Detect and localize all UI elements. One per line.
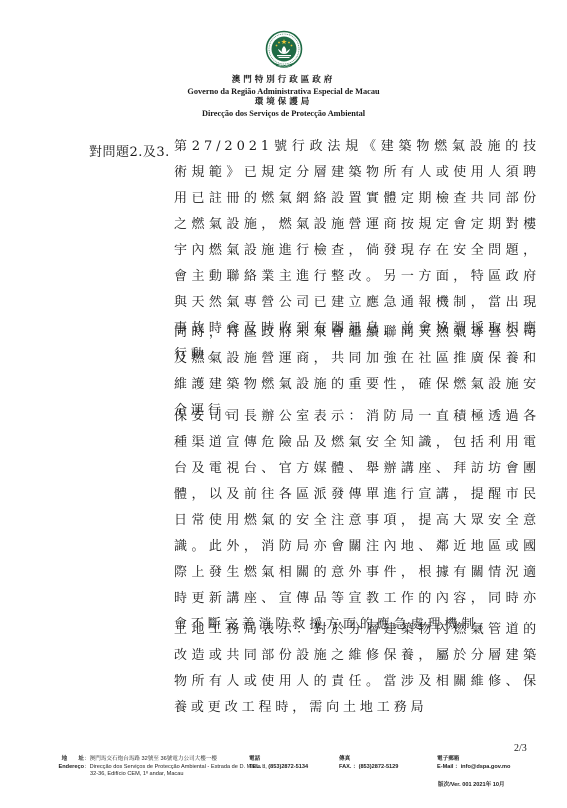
tel-label-cn: 電話	[249, 756, 308, 764]
address-labels: 地 址 Endereço	[38, 756, 84, 771]
fax-number: FAX. ：(853)2872-5129	[339, 764, 398, 772]
email: 電子郵箱 E-Mail ：info@dspa.gov.mo	[437, 756, 510, 771]
macau-sar-emblem-icon: MACAU	[264, 30, 304, 72]
address-label-cn: 地 址	[38, 756, 84, 764]
address-pt-line1: ：Direcção dos Serviços de Protecção Ambi…	[84, 764, 267, 772]
svg-text:MACAU: MACAU	[278, 63, 289, 67]
address-pt-line2: 32-36, Edifício CEM, 1º andar, Macau	[84, 771, 267, 779]
address-label-pt: Endereço	[38, 764, 84, 772]
email-label-cn: 電子郵箱	[437, 756, 510, 764]
address-cn: ：澳門馬交石炮台馬路 32號至 36號電力公司大樓一樓	[84, 756, 267, 764]
department-name-cn: 環境保護局	[0, 97, 567, 108]
telephone: 電話 TEL. ：(853)2872-5134	[249, 756, 308, 771]
letterhead: MACAU 澳門特別行政區政府 Governo da Região Admini…	[0, 30, 567, 119]
page-number: 2/3	[514, 743, 527, 754]
address-values: ：澳門馬交石炮台馬路 32號至 36號電力公司大樓一樓 ：Direcção do…	[84, 756, 267, 779]
fax: 傳真 FAX. ：(853)2872-5129	[339, 756, 398, 771]
government-name-cn: 澳門特別行政區政府	[0, 75, 567, 86]
version-info: 版次/Ver. 001 2021年 10月	[438, 782, 505, 790]
paragraph-land-works: 土地工務局表示：對於分層建築物內燃氣管道的改造或共同部份設施之維修保養，屬於分層…	[174, 617, 540, 721]
paragraph-fire-services: 保安司司長辦公室表示：消防局一直積極透過各種渠道宣傳危險品及燃氣安全知識，包括利…	[174, 404, 540, 638]
email-address[interactable]: E-Mail ：info@dspa.gov.mo	[437, 764, 510, 772]
department-name-pt: Direcção dos Serviços de Protecção Ambie…	[0, 108, 567, 119]
fax-label-cn: 傳真	[339, 756, 398, 764]
question-label: 對問題2.及3.	[89, 141, 170, 160]
tel-number: TEL. ：(853)2872-5134	[249, 764, 308, 772]
government-name-pt: Governo da Região Administrativa Especia…	[0, 86, 567, 97]
